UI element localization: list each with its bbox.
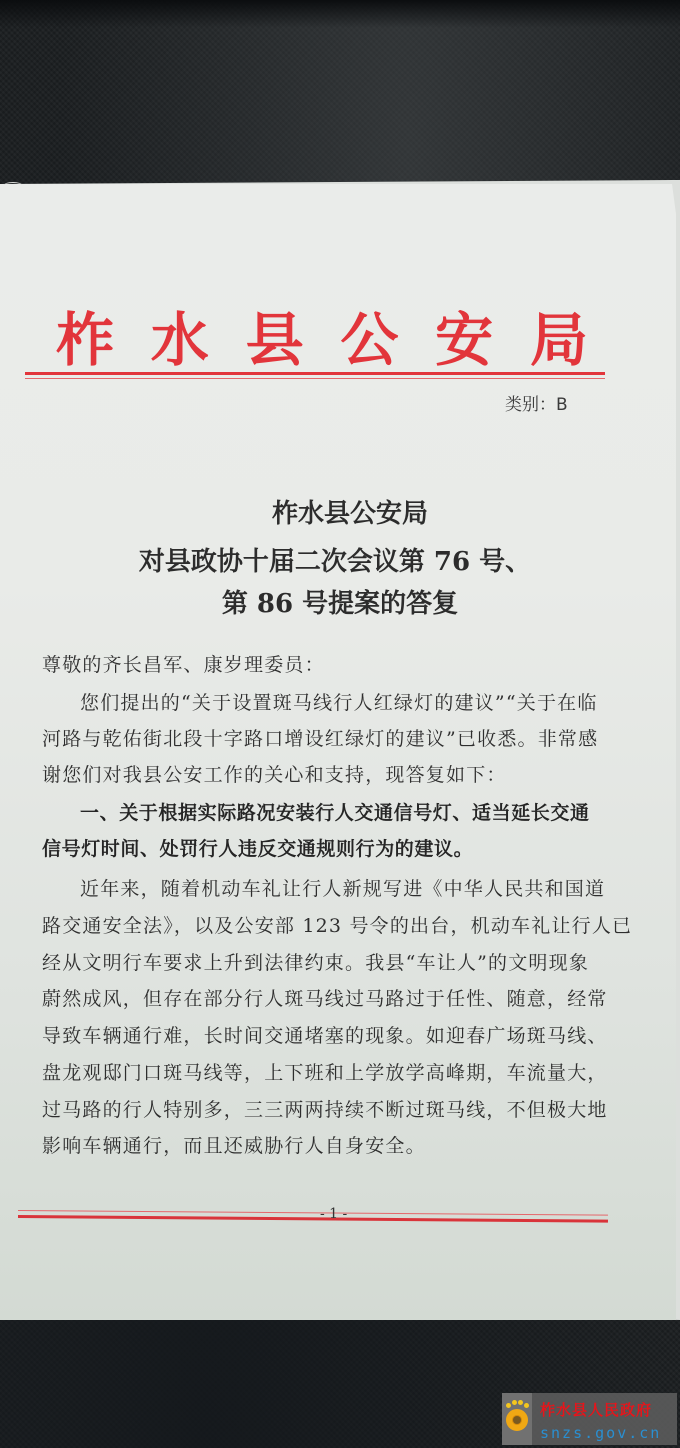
paper-curl	[4, 182, 22, 188]
body-text-line: 过马路的行人特别多，三三两两持续不断过斑马线，不但极大地	[42, 1095, 608, 1122]
body-text-line: 您们提出的“关于设置斑马线行人红绿灯的建议”“关于在临	[80, 688, 598, 715]
letterhead-char: 柞	[52, 293, 118, 377]
letterhead-rule-thick	[25, 372, 605, 375]
top-shadow	[0, 0, 680, 28]
body-text-line: 盘龙观邸门口斑马线等，上下班和上学放学高峰期，车流量大，	[42, 1058, 608, 1085]
letterhead-char: 局	[526, 293, 592, 377]
site-logo-icon	[502, 1393, 532, 1445]
letterhead-title: 柞 水 县 公 安 局	[52, 300, 592, 370]
letterhead-char: 公	[336, 293, 402, 377]
body-text-line: 导致车辆通行难，长时间交通堵塞的现象。如迎春广场斑马线、	[42, 1021, 608, 1048]
letterhead-char: 县	[242, 293, 308, 377]
document-title-line-3: 第 86 号提案的答复	[0, 583, 680, 620]
section-heading-line: 一、关于根据实际路况安装行人交通信号灯、适当延长交通	[80, 798, 590, 825]
watermark-site-name: 柞水县人民政府	[540, 1399, 661, 1420]
salutation: 尊敬的齐长昌军、康岁理委员：	[42, 650, 325, 677]
body-text-line: 影响车辆通行，而且还威胁行人自身安全。	[42, 1131, 426, 1158]
body-text-line: 近年来，随着机动车礼让行人新规写进《中华人民共和国道	[80, 874, 605, 901]
body-text-line: 路交通安全法》，以及公安部 123 号令的出台，机动车礼让行人已	[42, 911, 632, 938]
document-title-line-2: 对县政协十届二次会议第 76 号、	[0, 541, 675, 578]
site-watermark: 柞水县人民政府 snzs.gov.cn	[502, 1393, 677, 1445]
letterhead-char: 水	[147, 293, 213, 377]
category-label: 类别：B	[505, 390, 568, 415]
letterhead-char: 安	[431, 293, 497, 377]
watermark-url: snzs.gov.cn	[540, 1424, 661, 1442]
body-text-line: 谢您们对我县公安工作的关心和支持，现答复如下：	[42, 760, 507, 787]
body-text-line: 河路与乾佑街北段十字路口增设红绿灯的建议”已收悉。非常感	[42, 724, 598, 751]
page-number: - 1 -	[320, 1206, 347, 1222]
body-text-line: 蔚然成风，但存在部分行人斑马线过马路过于任性、随意，经常	[42, 984, 608, 1011]
document-title-line-1: 柞水县公安局	[10, 493, 680, 530]
body-text-line: 经从文明行车要求上升到法律约束。我县“车让人”的文明现象	[42, 948, 589, 975]
section-heading-line: 信号灯时间、处罚行人违反交通规则行为的建议。	[42, 834, 473, 861]
letterhead-rule-thin	[25, 378, 605, 379]
